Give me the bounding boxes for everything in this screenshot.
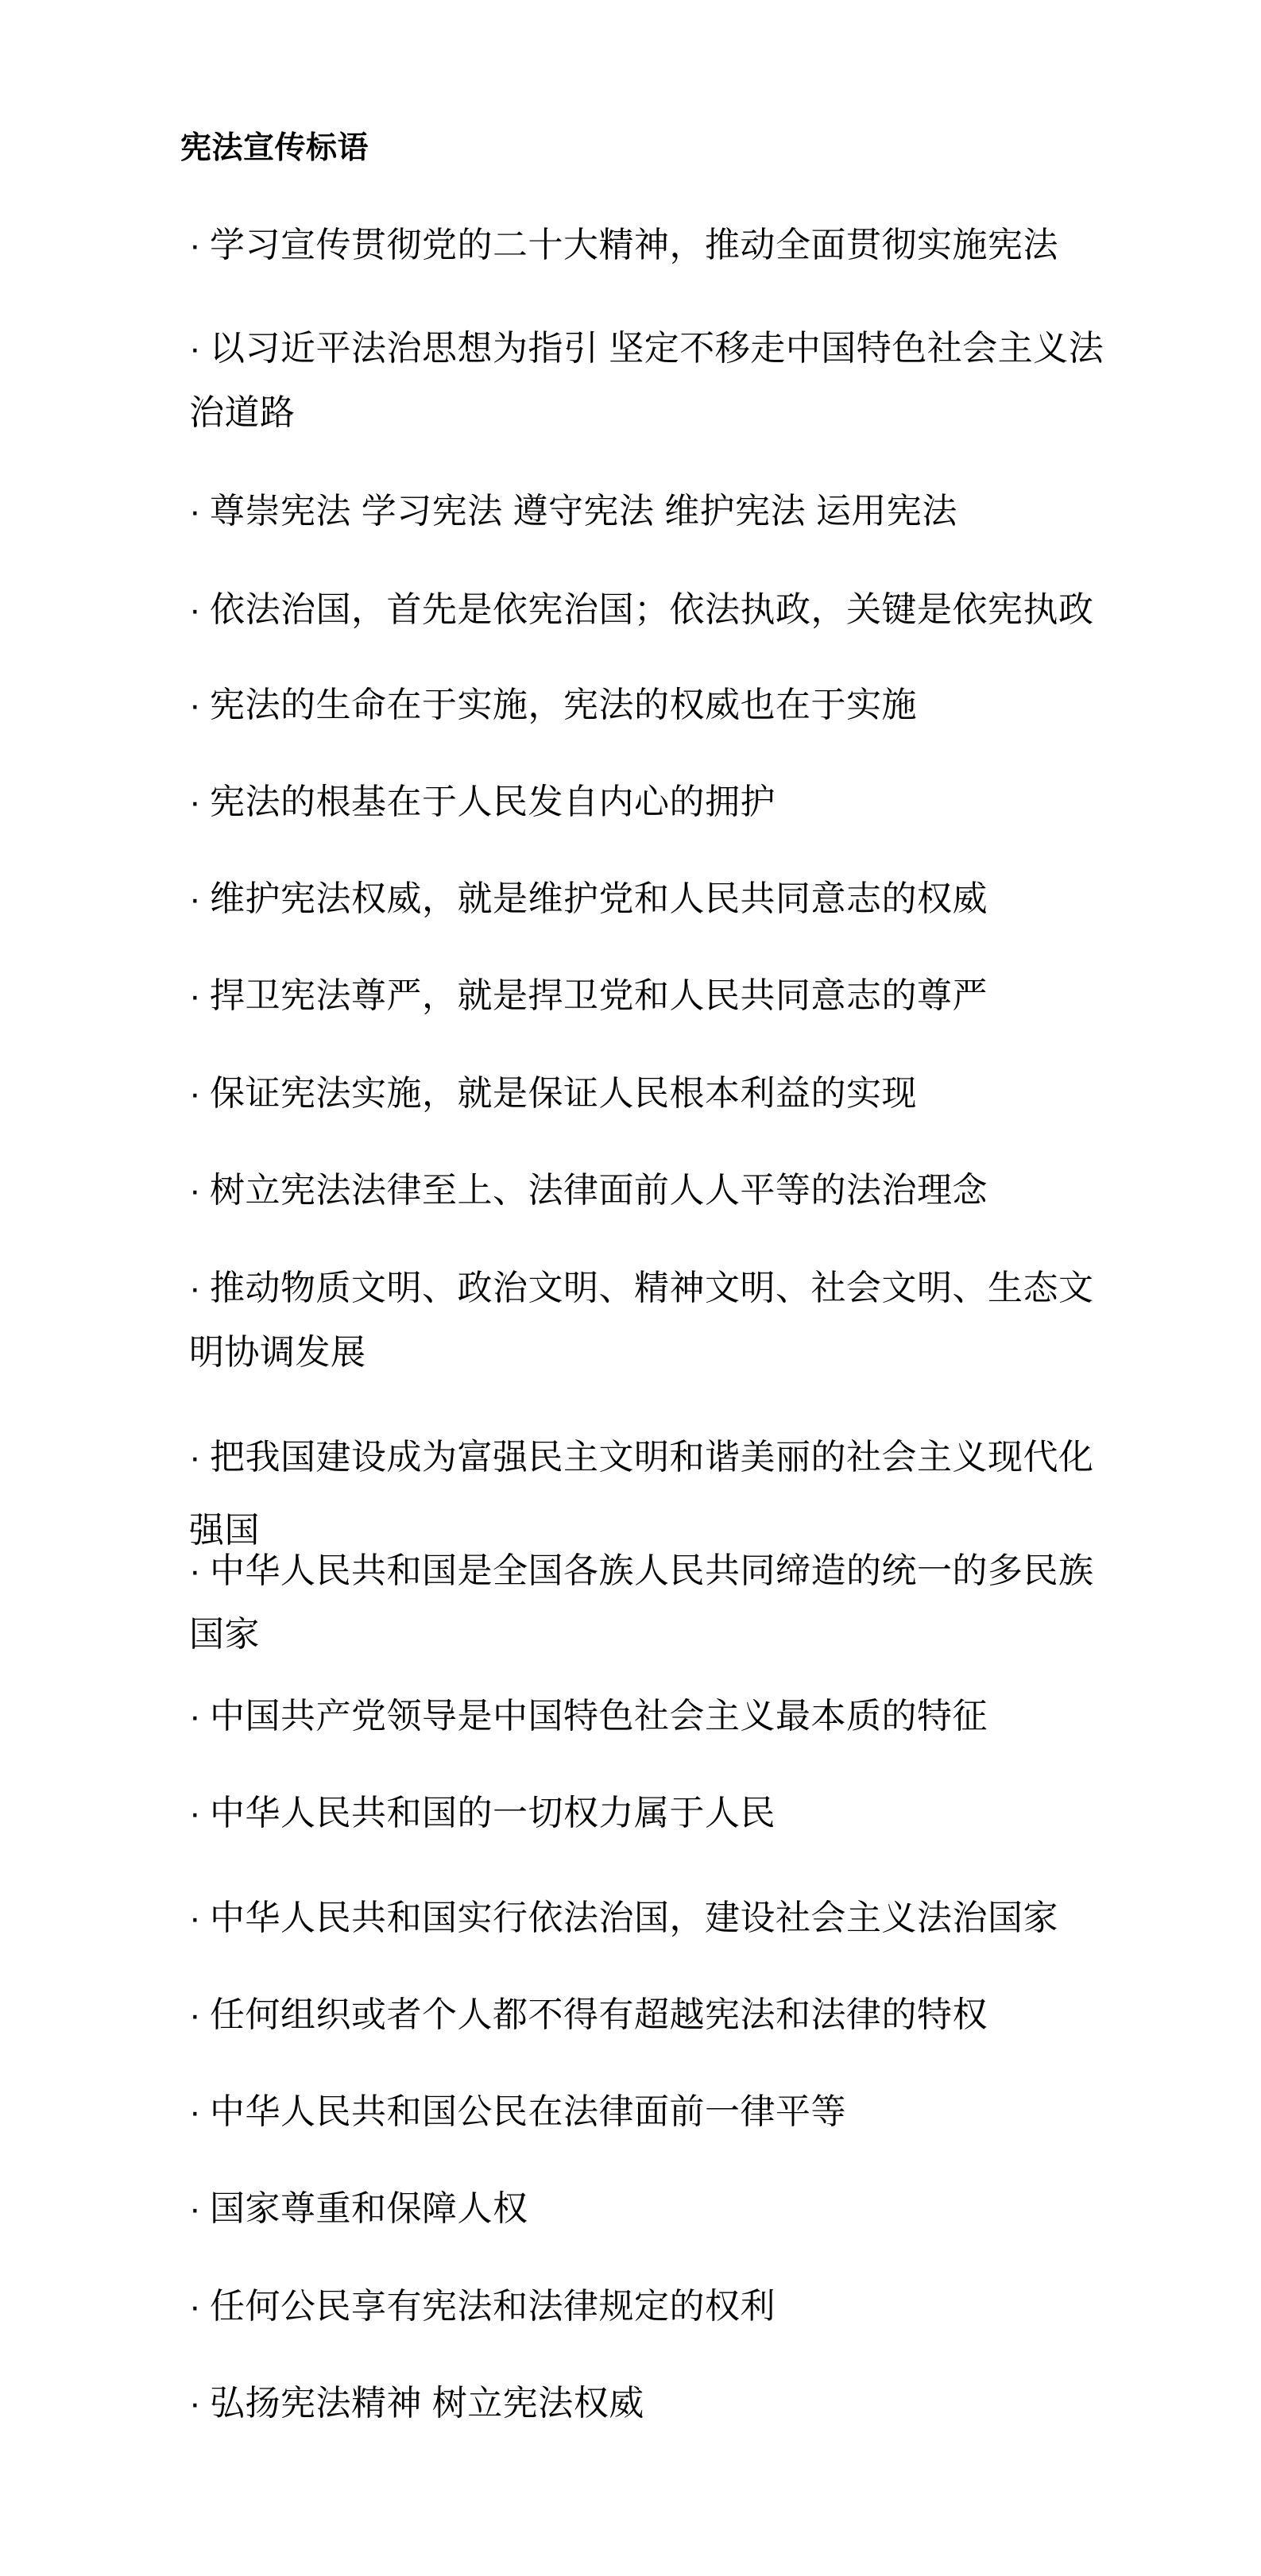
slogan-text: 中华人民共和国公民在法律面前一律平等 <box>210 2092 846 2131</box>
bullet-marker: · <box>189 879 210 920</box>
slogan-text: 任何公民享有宪法和法律规定的权利 <box>210 2287 776 2326</box>
slogan-text: 强国 <box>189 1511 260 1550</box>
slogan-text: 中华人民共和国的一切权力属于人民 <box>210 1794 776 1833</box>
bullet-marker: · <box>189 1073 210 1114</box>
slogan-line: ·中华人民共和国是全国各族人民共同缔造的统一的多民族 <box>189 1551 1094 1592</box>
slogan-line: ·以习近平法治思想为指引 坚定不移走中国特色社会主义法 <box>189 328 1104 369</box>
bullet-marker: · <box>189 1437 210 1478</box>
bullet-marker: · <box>189 1696 210 1737</box>
slogan-line: ·捍卫宪法尊严，就是捍卫党和人民共同意志的尊严 <box>189 975 988 1017</box>
slogan-line: ·宪法的生命在于实施，宪法的权威也在于实施 <box>189 685 917 726</box>
bullet-marker: · <box>189 589 210 631</box>
slogan-text: 把我国建设成为富强民主文明和谐美丽的社会主义现代化 <box>210 1438 1094 1477</box>
bullet-marker: · <box>189 2188 210 2230</box>
slogan-text: 宪法的根基在于人民发自内心的拥护 <box>210 782 776 821</box>
bullet-marker: · <box>189 1995 210 2036</box>
slogan-line-continuation: 治道路 <box>189 392 296 434</box>
bullet-marker: · <box>189 491 210 532</box>
slogan-text: 治道路 <box>189 393 296 432</box>
bullet-marker: · <box>189 2286 210 2327</box>
slogan-line: ·弘扬宪法精神 树立宪法权威 <box>189 2383 644 2424</box>
slogan-text: 维护宪法权威，就是维护党和人民共同意志的权威 <box>210 879 988 918</box>
slogan-line-continuation: 强国 <box>189 1510 260 1551</box>
slogan-text: 尊崇宪法 学习宪法 遵守宪法 维护宪法 运用宪法 <box>210 492 957 531</box>
slogan-line: ·宪法的根基在于人民发自内心的拥护 <box>189 782 776 823</box>
slogan-line: ·依法治国，首先是依宪治国；依法执政，关键是依宪执政 <box>189 589 1094 631</box>
slogan-text: 以习近平法治思想为指引 坚定不移走中国特色社会主义法 <box>210 329 1104 368</box>
bullet-marker: · <box>189 225 210 266</box>
slogan-line: ·尊崇宪法 学习宪法 遵守宪法 维护宪法 运用宪法 <box>189 491 957 532</box>
slogan-line: ·维护宪法权威，就是维护党和人民共同意志的权威 <box>189 879 988 920</box>
page-title: 宪法宣传标语 <box>180 123 369 168</box>
slogan-line: ·把我国建设成为富强民主文明和谐美丽的社会主义现代化 <box>189 1437 1094 1478</box>
slogan-text: 保证宪法实施，就是保证人民根本利益的实现 <box>210 1074 917 1113</box>
slogan-line: ·学习宣传贯彻党的二十大精神，推动全面贯彻实施宪法 <box>189 225 1058 266</box>
slogan-line-continuation: 国家 <box>189 1614 260 1655</box>
slogan-line: ·推动物质文明、政治文明、精神文明、社会文明、生态文 <box>189 1268 1094 1309</box>
bullet-marker: · <box>189 2091 210 2133</box>
bullet-marker: · <box>189 2383 210 2424</box>
slogan-text: 国家 <box>189 1615 260 1654</box>
bullet-marker: · <box>189 782 210 823</box>
slogan-line: ·国家尊重和保障人权 <box>189 2188 528 2230</box>
bullet-marker: · <box>189 328 210 369</box>
slogan-text: 中华人民共和国实行依法治国，建设社会主义法治国家 <box>210 1898 1058 1937</box>
bullet-marker: · <box>189 1898 210 1939</box>
slogan-line-continuation: 明协调发展 <box>189 1332 366 1373</box>
slogan-text: 学习宣传贯彻党的二十大精神，推动全面贯彻实施宪法 <box>210 226 1058 265</box>
bullet-marker: · <box>189 685 210 726</box>
bullet-marker: · <box>189 1268 210 1309</box>
slogan-text: 推动物质文明、政治文明、精神文明、社会文明、生态文 <box>210 1269 1094 1307</box>
slogan-text: 任何组织或者个人都不得有超越宪法和法律的特权 <box>210 1995 988 2034</box>
bullet-marker: · <box>189 1793 210 1834</box>
slogan-line: ·中国共产党领导是中国特色社会主义最本质的特征 <box>189 1696 988 1737</box>
slogan-text: 树立宪法法律至上、法律面前人人平等的法治理念 <box>210 1171 988 1210</box>
slogan-line: ·任何公民享有宪法和法律规定的权利 <box>189 2286 776 2327</box>
slogan-text: 中国共产党领导是中国特色社会主义最本质的特征 <box>210 1697 988 1736</box>
bullet-marker: · <box>189 1170 210 1211</box>
slogan-line: ·中华人民共和国的一切权力属于人民 <box>189 1793 776 1834</box>
slogan-line: ·保证宪法实施，就是保证人民根本利益的实现 <box>189 1073 917 1114</box>
document-page: 宪法宣传标语 ·学习宣传贯彻党的二十大精神，推动全面贯彻实施宪法 ·以习近平法治… <box>0 0 1261 2576</box>
slogan-text: 中华人民共和国是全国各族人民共同缔造的统一的多民族 <box>210 1551 1094 1590</box>
slogan-text: 明协调发展 <box>189 1333 366 1372</box>
slogan-text: 宪法的生命在于实施，宪法的权威也在于实施 <box>210 686 917 724</box>
slogan-line: ·任何组织或者个人都不得有超越宪法和法律的特权 <box>189 1995 988 2036</box>
slogan-text: 国家尊重和保障人权 <box>210 2189 528 2228</box>
slogan-text: 弘扬宪法精神 树立宪法权威 <box>210 2384 644 2423</box>
slogan-text: 依法治国，首先是依宪治国；依法执政，关键是依宪执政 <box>210 590 1094 629</box>
bullet-marker: · <box>189 975 210 1017</box>
slogan-line: ·中华人民共和国实行依法治国，建设社会主义法治国家 <box>189 1898 1058 1939</box>
slogan-line: ·中华人民共和国公民在法律面前一律平等 <box>189 2091 846 2133</box>
bullet-marker: · <box>189 1551 210 1592</box>
slogan-text: 捍卫宪法尊严，就是捍卫党和人民共同意志的尊严 <box>210 976 988 1015</box>
slogan-line: ·树立宪法法律至上、法律面前人人平等的法治理念 <box>189 1170 988 1211</box>
